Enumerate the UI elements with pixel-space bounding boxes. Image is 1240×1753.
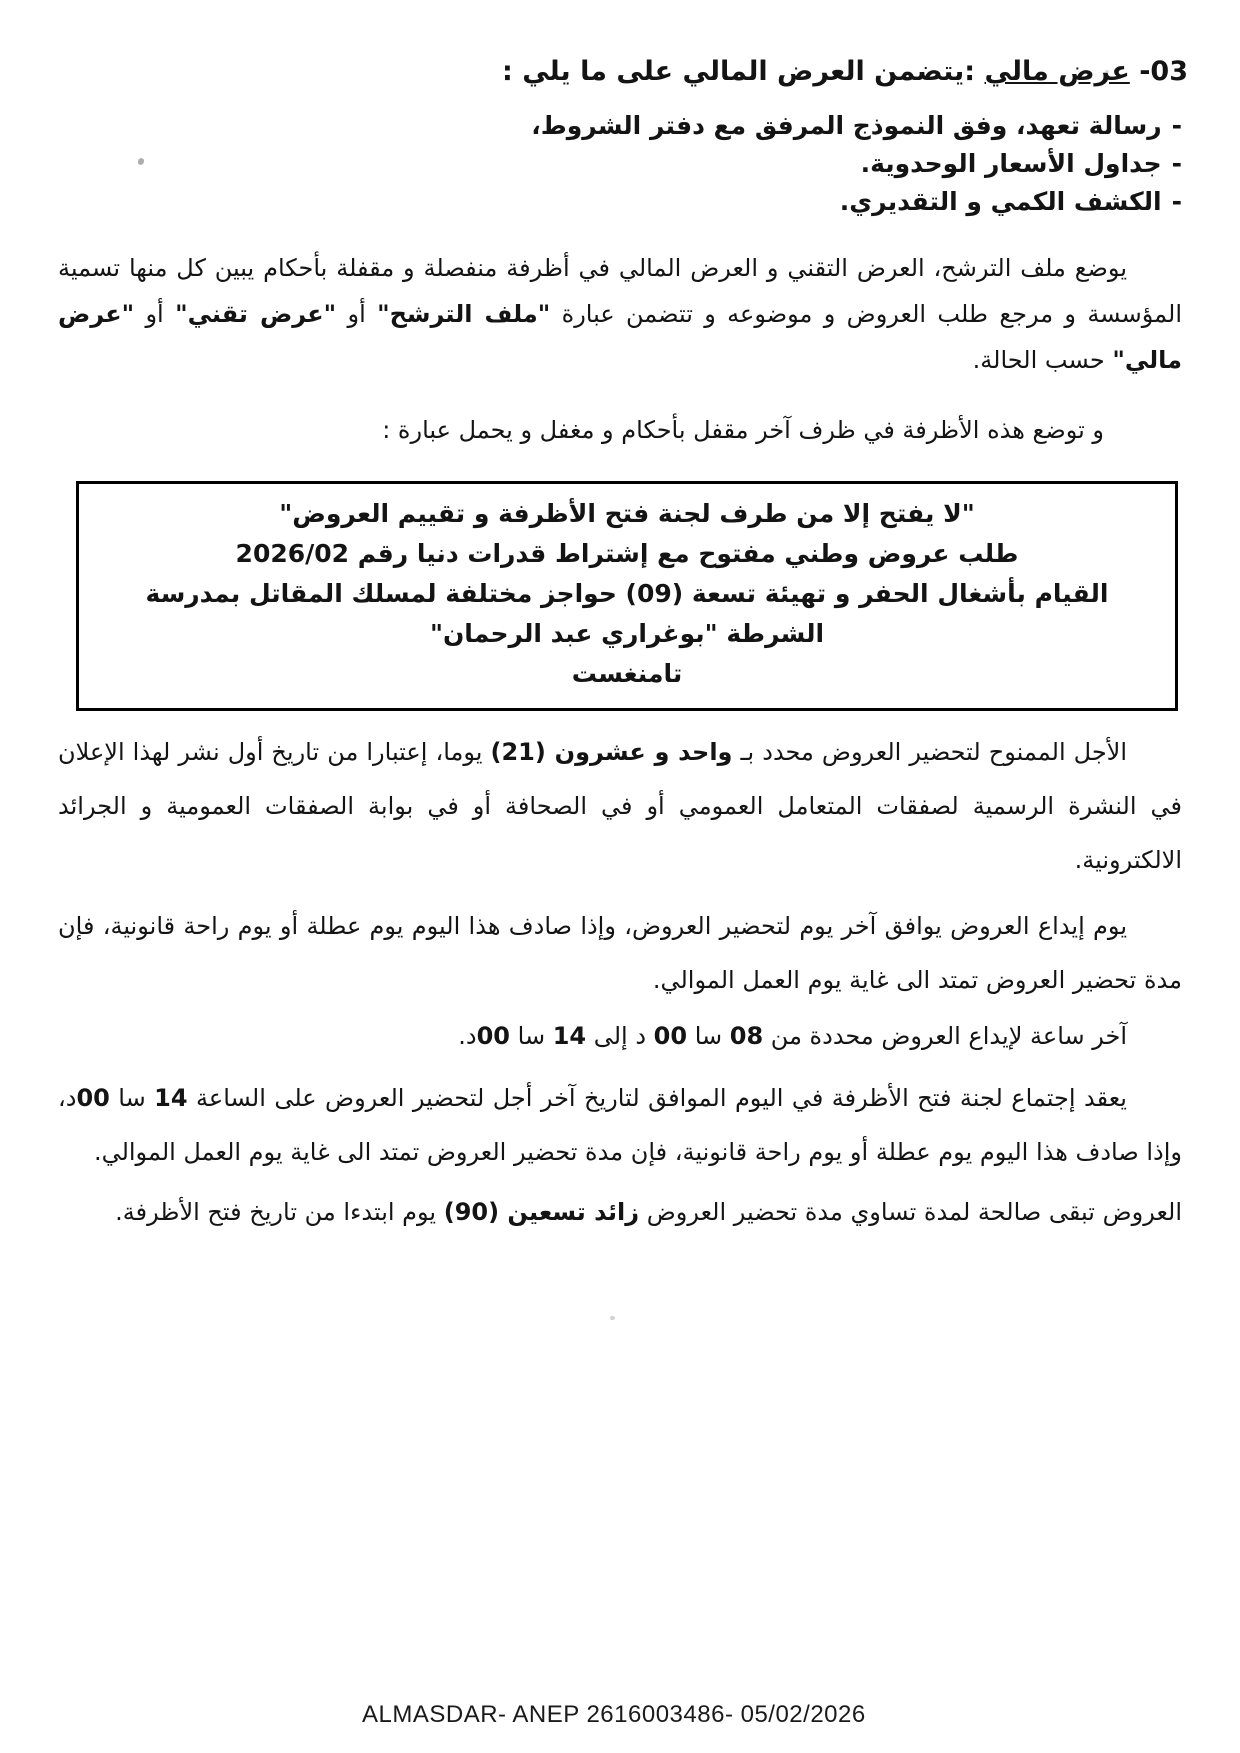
bold-hour-14: 14 (553, 1022, 586, 1050)
sealed-envelope-notice-box: "لا يفتح إلا من طرف لجنة فتح الأظرفة و ت… (76, 481, 1178, 711)
paragraph-text: سا (510, 1022, 553, 1050)
envelope-opening-paragraph: يعقد إجتماع لجنة فتح الأظرفة في اليوم ال… (58, 1071, 1182, 1179)
heading-number: 03- (1139, 56, 1188, 87)
paragraph-text: سا (687, 1022, 730, 1050)
dash-marker: - (1172, 145, 1182, 183)
list-item: - الكشف الكمي و التقديري. (58, 183, 1182, 221)
paragraph-text: و توضع هذه الأظرفة في ظرف آخر مقفل بأحكا… (382, 416, 1104, 444)
financial-offer-items-list: - رسالة تعهد، وفق النموذج المرفق مع دفتر… (58, 107, 1182, 221)
heading-suffix: :يتضمن العرض المالي على ما يلي : (502, 56, 985, 87)
bold-phrase-technical-offer: "عرض تقني" (175, 300, 336, 328)
paragraph-text: د. (458, 1022, 476, 1050)
bold-minute-00: 00 (477, 1022, 510, 1050)
dash-marker: - (1172, 183, 1182, 221)
paragraph-text: آخر ساعة لإيداع العروض محددة من (763, 1022, 1127, 1050)
bold-phrase-candidature-file: "ملف الترشح" (377, 300, 550, 328)
deposit-day-paragraph: يوم إيداع العروض يوافق آخر يوم لتحضير ال… (58, 899, 1182, 1007)
notice-line-project-title: القيام بأشغال الحفر و تهيئة تسعة (09) حو… (97, 574, 1157, 654)
paragraph-text: الأجل الممنوح لتحضير العروض محدد بـ (732, 738, 1127, 766)
list-item: - رسالة تعهد، وفق النموذج المرفق مع دفتر… (58, 107, 1182, 145)
bold-hour-14: 14 (154, 1084, 187, 1112)
dash-marker: - (1172, 107, 1182, 145)
paragraph-text: حسب الحالة. (973, 346, 1113, 374)
section-heading-financial-offer: 03- عرض مالي :يتضمن العرض المالي على ما … (58, 56, 1188, 87)
list-item-text: جداول الأسعار الوحدوية. (861, 145, 1162, 183)
scan-speck (1105, 70, 1109, 73)
paragraph-text: يوم إيداع العروض يوافق آخر يوم لتحضير ال… (58, 912, 1182, 994)
anep-footer-reference: ALMASDAR- ANEP 2616003486- 05/02/2026 (362, 1701, 866, 1729)
paragraph-text: سا (110, 1084, 154, 1112)
bold-minute-00: 00 (654, 1022, 687, 1050)
notice-line-do-not-open: "لا يفتح إلا من طرف لجنة فتح الأظرفة و ت… (97, 494, 1157, 534)
bold-duration-21-days: واحد و عشرون (21) (490, 738, 732, 766)
paragraph-text: يوم ابتدءا من تاريخ فتح الأظرفة. (115, 1198, 444, 1226)
envelopes-paragraph: يوضع ملف الترشح، العرض التقني و العرض ال… (58, 245, 1182, 383)
scanned-tender-document-page: 03- عرض مالي :يتضمن العرض المالي على ما … (0, 0, 1240, 1753)
bold-duration-plus-90-days: زائد تسعين (90) (444, 1198, 639, 1226)
paragraph-text: العروض تبقى صالحة لمدة تساوي مدة تحضير ا… (639, 1198, 1182, 1226)
preparation-deadline-paragraph: الأجل الممنوح لتحضير العروض محدد بـ واحد… (58, 725, 1182, 887)
paragraph-text: يعقد إجتماع لجنة فتح الأظرفة في اليوم ال… (188, 1084, 1127, 1112)
bold-minute-00: 00 (76, 1084, 109, 1112)
paragraph-text: أو (336, 300, 377, 328)
paragraph-text: د إلى (586, 1022, 654, 1050)
list-item: - جداول الأسعار الوحدوية. (58, 145, 1182, 183)
scan-speck (610, 1316, 615, 1320)
paragraph-text: أو (134, 300, 175, 328)
notice-line-city: تامنغست (97, 654, 1157, 694)
outer-envelope-line: و توضع هذه الأظرفة في ظرف آخر مقفل بأحكا… (58, 407, 1182, 453)
list-item-text: رسالة تعهد، وفق النموذج المرفق مع دفتر ا… (531, 107, 1161, 145)
bold-hour-08: 08 (730, 1022, 763, 1050)
offer-validity-paragraph: العروض تبقى صالحة لمدة تساوي مدة تحضير ا… (58, 1185, 1182, 1239)
notice-line-tender-number: طلب عروض وطني مفتوح مع إشتراط قدرات دنيا… (97, 534, 1157, 574)
deposit-hours-line: آخر ساعة لإيداع العروض محددة من 08 سا 00… (58, 1009, 1182, 1063)
list-item-text: الكشف الكمي و التقديري. (840, 183, 1162, 221)
